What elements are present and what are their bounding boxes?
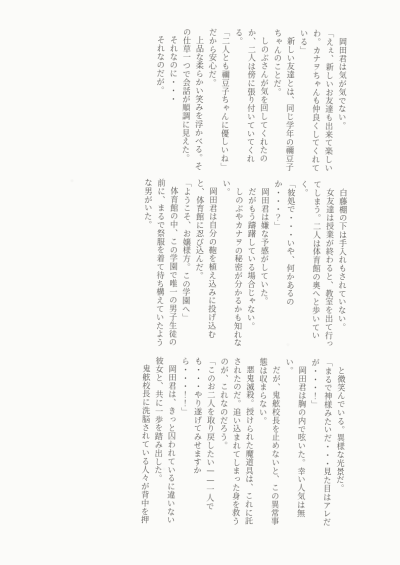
- narration-line: 新しい友達とは、同じ学年の禰豆子ちゃんのことだ。: [270, 29, 298, 175]
- narration-line: 上品な柔らかい笑みを浮かべる。その仕草一つで会話が順調に見えた。: [179, 28, 207, 174]
- dialogue-line: 「ようこそ、お嬢様方。この学園へ」: [179, 179, 194, 350]
- book-page: 岡田君は気が気でない。「えぇ、新しいお友達も出来て楽しいわ。カナヲちゃんも仲良く…: [0, 0, 400, 565]
- narration-line: しのぶやカナヲの秘密が分かるかも知れない。: [218, 179, 246, 350]
- narration-line: それなのだが。: [154, 28, 168, 174]
- dialogue-line: 「まるで神様みたいだ・・・見た目はアレだが・・・！」: [307, 358, 335, 526]
- narration-line: 女友達は授業が終わると、教室を出て行ってしまう。二人は体育館の奥へと歩いていく。: [296, 180, 337, 351]
- narration-line: だが、鬼舷校長を止めないと、この異常事態は収まらない。: [255, 358, 283, 526]
- scan-text-area: 岡田君は気が気でない。「えぇ、新しいお友達も出来て楽しいわ。カナヲちゃんも仲良く…: [0, 0, 400, 565]
- narration-line: 鬼舷校長に洗脳されている人々が背中を押してくれている・・・そんな気分だった。: [136, 356, 153, 524]
- narration-line: 悪鬼滅殺。授けられた魔道具は、これに託されたのだ。追い込まれてしまった身を救うの…: [216, 357, 257, 525]
- text-tier-lower: と微笑んでいる。異様な光景だ。「まるで神様みたいだ・・・見た目はアレだが・・・！…: [136, 356, 348, 526]
- narration-line: と微笑んでいる。異様な光景だ。: [333, 358, 348, 526]
- text-tier-middle: 白藤棚の下は手入れもされていない。女友達は授業が終わると、教室を出て行ってしまう…: [138, 178, 350, 351]
- text-tier-upper: 岡田君は気が気でない。「えぇ、新しいお友達も出来て楽しいわ。カナヲちゃんも仲良く…: [154, 28, 350, 176]
- narration-line: しのぶさんが気を回してくれたのか、二人は傍に張り付いていてくれる。: [231, 28, 272, 174]
- narration-line: 体育館の中、この学園で唯一の男子生徒の前に、まるで祭服を着て待ち構えていたような…: [140, 178, 181, 349]
- dialogue-line: 「二人とも禰豆子ちゃんに優しいね」だから安心だ。: [205, 28, 233, 174]
- narration-line: 岡田君は嫌な予感がしていた。: [257, 180, 272, 351]
- narration-line: 岡田君は自分の鞄を植え込みに投げ込むと、体育館に忍び込んだ。: [192, 179, 220, 350]
- narration-line: 岡田君は胸の内で呟いた。幸い人気は無い。: [281, 358, 309, 526]
- dialogue-line: 「えぇ、新しいお友達も出来て楽しいわ。カナヲちゃんも仲良くしてくれている」: [296, 29, 337, 175]
- narration-line: だがもう躊躇している場合じゃない。: [244, 179, 259, 350]
- narration-line: 白藤棚の下は手入れもされていない。: [335, 180, 350, 351]
- dialogue-line: 「このお二人を取り戻したい——一人でも・・・やり遂げてみせますから・・・！！」: [177, 357, 218, 525]
- dialogue-line: 「彼処で・・・いや、何かあるのか・・・？」: [270, 180, 298, 351]
- narration-line: 岡田君は、きっと囚われているに違いない彼女と、共に一歩を踏み出した。: [151, 357, 179, 525]
- narration-line: 岡田君は気が気でない。: [335, 29, 350, 175]
